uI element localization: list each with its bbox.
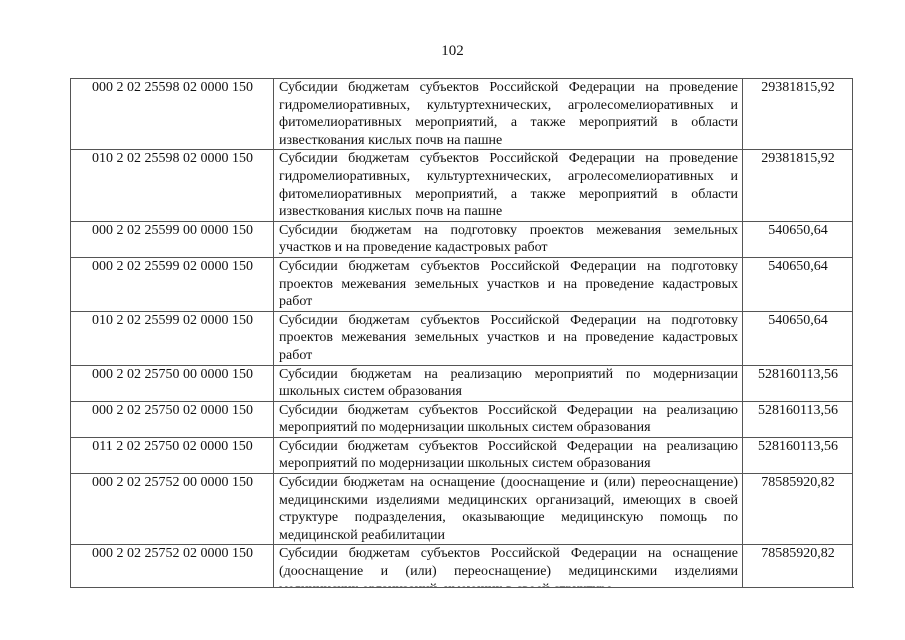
revenue-description: Субсидии бюджетам субъектов Российской Ф… [274, 437, 743, 473]
amount: 528160113,56 [743, 365, 853, 401]
table-bottom-border [70, 587, 854, 588]
amount: 540650,64 [743, 311, 853, 365]
amount: 540650,64 [743, 257, 853, 311]
page-number: 102 [0, 42, 905, 60]
budget-classification-code: 011 2 02 25750 02 0000 150 [71, 437, 274, 473]
table-row: 010 2 02 25599 02 0000 150 Субсидии бюдж… [71, 311, 853, 365]
budget-classification-code: 000 2 02 25599 02 0000 150 [71, 257, 274, 311]
revenue-description: Субсидии бюджетам на оснащение (дооснаще… [274, 474, 743, 545]
table-row: 010 2 02 25598 02 0000 150 Субсидии бюдж… [71, 150, 853, 221]
table-row: 000 2 02 25599 02 0000 150 Субсидии бюдж… [71, 257, 853, 311]
revenue-description: Субсидии бюджетам субъектов Российской Ф… [274, 257, 743, 311]
table-row: 000 2 02 25599 00 0000 150 Субсидии бюдж… [71, 221, 853, 257]
budget-classification-code: 000 2 02 25752 00 0000 150 [71, 474, 274, 545]
revenue-description: Субсидии бюджетам субъектов Российской Ф… [274, 311, 743, 365]
amount: 78585920,82 [743, 474, 853, 545]
budget-classification-code: 000 2 02 25750 00 0000 150 [71, 365, 274, 401]
table-row: 000 2 02 25752 00 0000 150 Субсидии бюдж… [71, 474, 853, 545]
amount: 528160113,56 [743, 437, 853, 473]
budget-classification-code: 000 2 02 25598 02 0000 150 [71, 79, 274, 150]
amount: 540650,64 [743, 221, 853, 257]
revenue-description: Субсидии бюджетам на подготовку проектов… [274, 221, 743, 257]
budget-classification-code: 000 2 02 25599 00 0000 150 [71, 221, 274, 257]
page-bottom-margin [0, 588, 905, 640]
budget-classification-code: 010 2 02 25598 02 0000 150 [71, 150, 274, 221]
revenue-description: Субсидии бюджетам на реализацию мероприя… [274, 365, 743, 401]
revenue-description: Субсидии бюджетам субъектов Российской Ф… [274, 401, 743, 437]
table-row: 000 2 02 25750 00 0000 150 Субсидии бюдж… [71, 365, 853, 401]
table-row: 011 2 02 25750 02 0000 150 Субсидии бюдж… [71, 437, 853, 473]
budget-classification-code: 000 2 02 25750 02 0000 150 [71, 401, 274, 437]
amount: 29381815,92 [743, 150, 853, 221]
budget-classification-code: 010 2 02 25599 02 0000 150 [71, 311, 274, 365]
amount: 528160113,56 [743, 401, 853, 437]
revenue-description: Субсидии бюджетам субъектов Российской Ф… [274, 79, 743, 150]
table-row: 000 2 02 25598 02 0000 150 Субсидии бюдж… [71, 79, 853, 150]
amount: 29381815,92 [743, 79, 853, 150]
budget-revenue-table: 000 2 02 25598 02 0000 150 Субсидии бюдж… [70, 78, 853, 599]
revenue-description: Субсидии бюджетам субъектов Российской Ф… [274, 150, 743, 221]
table-row: 000 2 02 25750 02 0000 150 Субсидии бюдж… [71, 401, 853, 437]
